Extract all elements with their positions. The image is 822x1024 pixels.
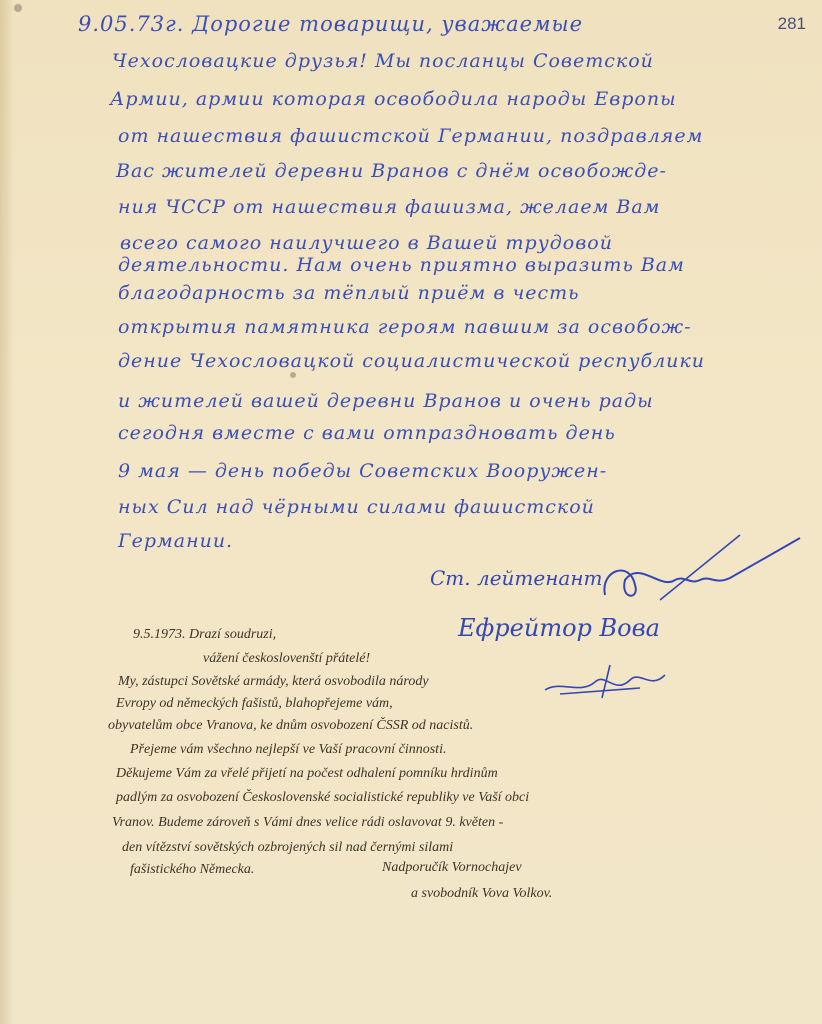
page-number: 281 xyxy=(778,14,806,34)
signature-rank-senior-lieutenant: Ст. лейтенант xyxy=(430,566,602,590)
ru-line-5: Вас жителей деревни Вранов с днём освобо… xyxy=(116,160,667,182)
signature-scrawl-icon xyxy=(590,530,810,610)
cz-line-11: fašistického Německa. xyxy=(130,862,254,878)
cz-line-5: obyvatelům obce Vranova, ke dnům osvoboz… xyxy=(108,718,473,734)
cz-line-3: My, zástupci Sovětské armády, která osvo… xyxy=(118,674,429,690)
cz-line-6: Přejeme vám všechno nejlepší ve Vaší pra… xyxy=(130,742,446,758)
cz-line-8: padlým za osvobození Československé soci… xyxy=(116,790,529,806)
paper-stain xyxy=(290,372,296,378)
page-edge-shadow xyxy=(0,0,14,1024)
signature-scrawl-icon xyxy=(540,660,680,700)
cz-line-4: Evropy od německých fašistů, blahopřejem… xyxy=(116,696,393,712)
ru-line-8: деятельности. Нам очень приятно выразить… xyxy=(118,254,685,276)
ru-line-2: Чехословацкие друзья! Мы посланцы Советс… xyxy=(112,50,654,72)
cz-line-2: vážení českoslovenští přátelé! xyxy=(203,651,370,667)
ru-line-11: дение Чехословацкой социалистической рес… xyxy=(118,350,705,372)
cz-line-9: Vranov. Budeme zároveň s Vámi dnes velic… xyxy=(112,815,503,831)
ru-line-1: 9.05.73г. Дорогие товарищи, уважаемые xyxy=(78,12,583,36)
ru-line-4: от нашествия фашистской Германии, поздра… xyxy=(118,125,703,147)
signature-rank-corporal: Ефрейтор Вова xyxy=(458,614,660,642)
cz-signature-1: Nadporučík Vornochajev xyxy=(382,860,522,876)
ru-line-16: Германии. xyxy=(118,530,233,552)
ru-line-7: всего самого наилучшего в Вашей трудовой xyxy=(120,232,613,254)
ru-line-13: сегодня вместе с вами отпраздновать день xyxy=(118,422,616,444)
ru-line-9: благодарность за тёплый приём в честь xyxy=(118,282,580,304)
cz-line-7: Děkujeme Vám za vřelé přijetí na počest … xyxy=(116,766,498,782)
ru-line-6: ния ЧССР от нашествия фашизма, желаем Ва… xyxy=(118,196,660,218)
ru-line-12: и жителей вашей деревни Вранов и очень р… xyxy=(118,390,654,412)
cz-signature-2: a svobodník Vova Volkov. xyxy=(411,886,552,902)
ru-line-3: Армии, армии которая освободила народы Е… xyxy=(110,88,677,110)
cz-line-10: den vítězství sovětských ozbrojených sil… xyxy=(122,840,453,856)
ru-line-14: 9 мая — день победы Советских Вооружен- xyxy=(118,460,607,482)
cz-line-1: 9.5.1973. Drazí soudruzi, xyxy=(133,627,276,643)
paper-stain xyxy=(14,4,22,12)
ru-line-10: открытия памятника героям павшим за осво… xyxy=(118,316,692,338)
ru-line-15: ных Сил над чёрными силами фашистской xyxy=(118,496,595,518)
document-page: 281 9.05.73г. Дорогие товарищи, уважаемы… xyxy=(0,0,822,1024)
